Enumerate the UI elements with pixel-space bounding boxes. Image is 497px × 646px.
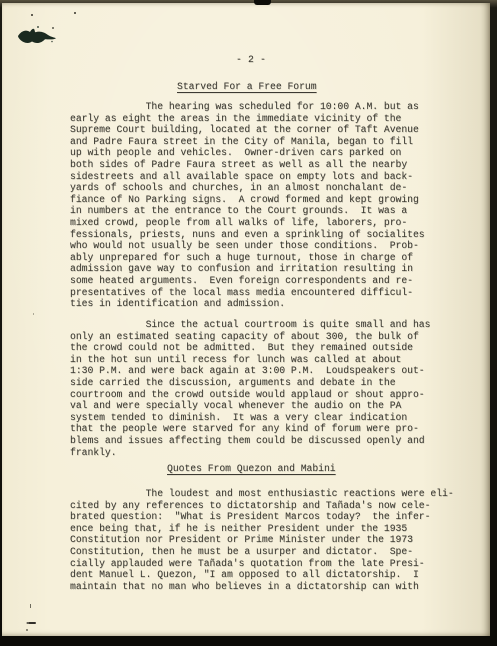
scanned-document-page: - 2 - Starved For a Free Forum The heari… [0,0,497,646]
ink-speck [33,313,34,315]
section-heading-quotes-from-quezon-and-mabini: Quotes From Quezon and Mabini [167,463,336,475]
section-heading-starved-for-a-free-forum: Starved For a Free Forum [177,81,317,93]
ink-blot-icon [17,25,57,49]
paragraph-courtroom-capacity: Since the actual courtroom is quite smal… [70,319,430,458]
binder-tab [254,0,271,5]
ink-speck [52,27,54,29]
pen-dash-mark [28,622,36,624]
ink-speck [31,14,33,16]
paper: - 2 - Starved For a Free Forum The heari… [2,3,490,636]
paragraph-tanada-quotes: The loudest and most enthusiastic reacti… [70,488,454,592]
ink-speck [30,604,31,608]
page-number: - 2 - [236,54,266,66]
ink-speck [26,629,28,631]
paragraph-hearing-crowd: The hearing was scheduled for 10:00 A.M.… [70,101,425,310]
ink-speck [74,12,76,14]
